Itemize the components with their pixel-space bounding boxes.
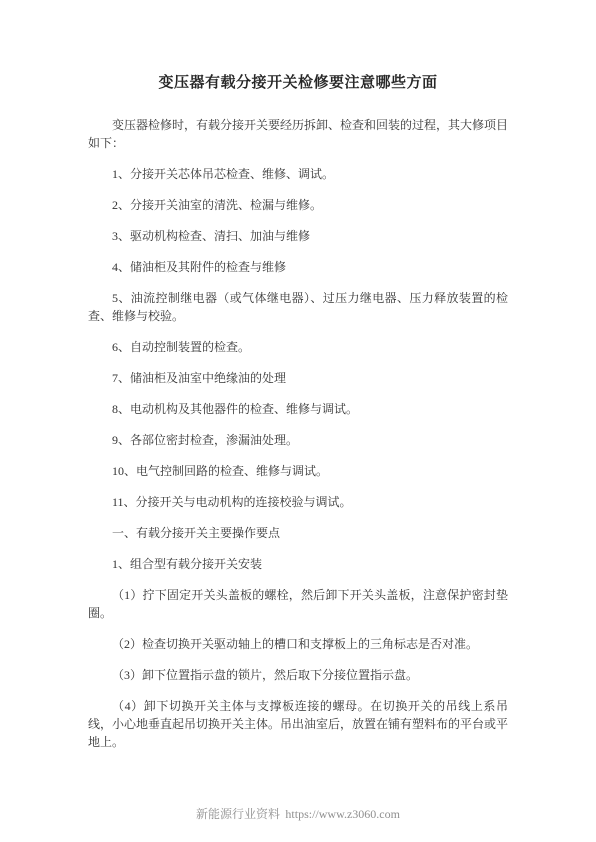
overhaul-item-10: 10、电气控制回路的检查、维修与调试。 [88,462,508,480]
overhaul-item-7: 7、储油柜及油室中绝缘油的处理 [88,369,508,387]
step-paragraph-3: （3）卸下位置指示盘的锁片，然后取下分接位置指示盘。 [88,666,508,684]
intro-paragraph: 变压器检修时，有载分接开关要经历拆卸、检查和回装的过程，其大修项目如下： [88,116,508,152]
overhaul-item-9: 9、各部位密封检查，渗漏油处理。 [88,431,508,449]
page-title: 变压器有载分接开关检修要注意哪些方面 [88,72,508,94]
overhaul-item-2: 2、分接开关油室的清洗、检漏与维修。 [88,196,508,214]
footer-url[interactable]: https://www.z3060.com [285,807,400,821]
overhaul-item-8: 8、电动机构及其他器件的检查、维修与调试。 [88,400,508,418]
footer-source-label: 新能源行业资料 [196,807,280,821]
step-paragraph-2: （2）检查切换开关驱动轴上的槽口和支撑板上的三角标志是否对准。 [88,635,508,653]
section-heading: 一、有载分接开关主要操作要点 [88,524,508,542]
document-page: 变压器有载分接开关检修要注意哪些方面 变压器检修时，有载分接开关要经历拆卸、检查… [0,0,596,842]
overhaul-item-5: 5、油流控制继电器（或气体继电器）、过压力继电器、压力释放装置的检查、维修与校验… [88,289,508,325]
overhaul-item-3: 3、驱动机构检查、清扫、加油与维修 [88,227,508,245]
overhaul-item-6: 6、自动控制装置的检查。 [88,338,508,356]
step-paragraph-4: （4）卸下切换开关主体与支撑板连接的螺母。在切换开关的吊线上系吊线，小心地垂直起… [88,697,508,751]
overhaul-item-11: 11、分接开关与电动机构的连接校验与调试。 [88,493,508,511]
footer: 新能源行业资料https://www.z3060.com [0,806,596,822]
subsection-heading: 1、组合型有载分接开关安装 [88,555,508,573]
step-paragraph-1: （1）拧下固定开关头盖板的螺栓，然后卸下开关头盖板，注意保护密封垫圈。 [88,586,508,622]
overhaul-item-4: 4、储油柜及其附件的检查与维修 [88,258,508,276]
overhaul-item-1: 1、分接开关芯体吊芯检查、维修、调试。 [88,165,508,183]
